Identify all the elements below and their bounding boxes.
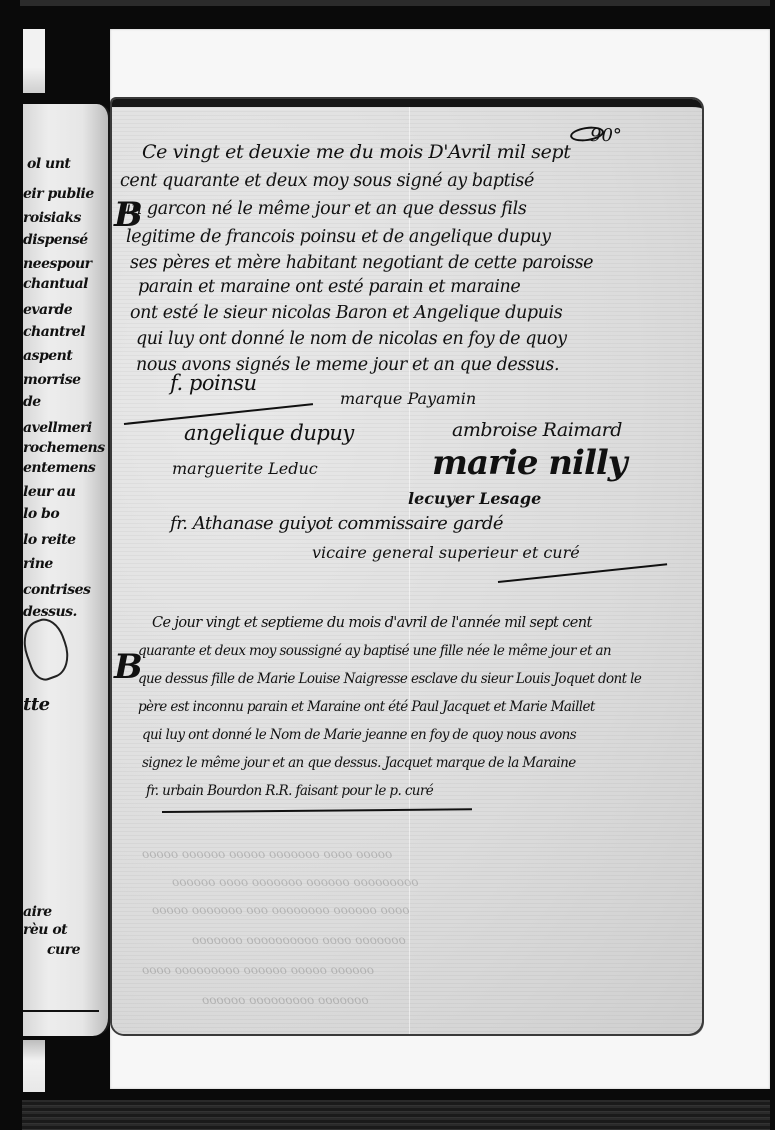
signature-marguerite: marguerite Leduc <box>172 459 318 478</box>
entry-line: parain et maraine ont esté parain et mar… <box>138 277 520 297</box>
entry-line: ses pères et mère habitant negotiant de … <box>130 253 593 273</box>
entry-line: que dessus fille de Marie Louise Naigres… <box>138 671 641 687</box>
left-line: chantrel <box>23 324 85 340</box>
manuscript-page: 90° B Ce vingt et deuxie me du mois D'Av… <box>112 99 702 1034</box>
signature-athanase: fr. Athanase guiyot commissaire gardé <box>170 513 503 534</box>
left-line: rèu ot <box>23 922 67 938</box>
scan-image: ol unt eir publie roisiaks dispensé nees… <box>0 0 775 1130</box>
entry-line: père est inconnu parain et Maraine ont é… <box>138 699 595 715</box>
bleed-through: ooooooo ooooooooo oooooo <box>202 993 369 1007</box>
bleed-through: ooooooo oooo oooooooooo ooooooo <box>192 933 406 947</box>
left-line: aire <box>23 904 52 920</box>
left-line: morrise <box>23 372 81 388</box>
entry-line: cent quarante et deux moy sous signé ay … <box>120 171 534 191</box>
left-line: aspent <box>23 348 72 364</box>
bleed-through: oooooo ooooo oooooo ooooooooo oooo <box>142 963 374 977</box>
signature-angelique: angelique dupuy <box>184 421 354 445</box>
signature-stroke <box>162 808 472 812</box>
left-line: tte <box>23 694 50 715</box>
left-line: contrises <box>23 582 90 598</box>
left-line: dessus. <box>23 604 77 620</box>
top-edge <box>20 0 770 6</box>
bleed-through: ooooooooo oooooo ooooooo oooo oooooo <box>172 875 418 889</box>
bleed-through: ooooo oooo ooooooo ooooo oooooo ooooo <box>142 847 392 861</box>
left-line: entemens <box>23 460 95 476</box>
entry-line: legitime de francois poinsu et de angeli… <box>126 227 551 247</box>
left-line: ol unt <box>27 156 70 172</box>
entry-line: quarante et deux moy soussigné ay baptis… <box>138 643 611 659</box>
entry-line: fr. urbain Bourdon R.R. faisant pour le … <box>146 783 433 799</box>
paraph-flourish <box>23 614 76 685</box>
signature-lecuyer: lecuyer Lesage <box>408 489 541 508</box>
signature-poinsu: f. poinsu <box>170 371 257 395</box>
signature-ambroise: ambroise Raimard <box>452 419 622 441</box>
signature-marque: marque Payamin <box>340 389 476 408</box>
rule-line <box>23 1010 99 1012</box>
left-line: avellmeri <box>23 420 92 436</box>
left-line: leur au <box>23 484 75 500</box>
signature-marie-nilly: marie nilly <box>432 443 627 483</box>
signature-title: vicaire general superieur et curé <box>312 543 580 562</box>
left-line: dispensé <box>23 232 88 248</box>
left-line: rine <box>23 556 53 572</box>
left-line: lo bo <box>23 506 59 522</box>
entry-line: qui luy ont donné le nom de nicolas en f… <box>136 329 567 349</box>
left-line: eir publie <box>23 186 94 202</box>
entry-line: Ce jour vingt et septieme du mois d'avri… <box>152 615 592 631</box>
left-line: chantual <box>23 276 88 292</box>
left-line: evarde <box>23 302 72 318</box>
entry-line: Ce vingt et deuxie me du mois D'Avril mi… <box>142 141 570 163</box>
left-tab-top <box>23 29 45 93</box>
entry-line: un garcon né le même jour et an que dess… <box>120 199 526 219</box>
left-line: cure <box>47 942 80 958</box>
entry-line: qui luy ont donné le Nom de Marie jeanne… <box>142 727 576 743</box>
left-page-fragment: ol unt eir publie roisiaks dispensé nees… <box>23 104 111 1036</box>
entry-line: signez le même jour et an que dessus. Ja… <box>142 755 576 771</box>
bleed-through: oooo oooooo oooooooo ooo ooooooo ooooo <box>152 903 409 917</box>
left-line: rochemens <box>23 440 105 456</box>
entry-line: ont esté le sieur nicolas Baron et Angel… <box>130 303 562 323</box>
left-line: lo reite <box>23 532 76 548</box>
bottom-bench <box>22 1100 770 1130</box>
left-tab-bottom <box>23 1040 45 1092</box>
signature-stroke <box>498 563 667 583</box>
left-line: roisiaks <box>23 210 81 226</box>
left-line: neespour <box>23 256 92 272</box>
left-line: de <box>23 394 41 410</box>
folio-number: 90° <box>590 125 622 146</box>
